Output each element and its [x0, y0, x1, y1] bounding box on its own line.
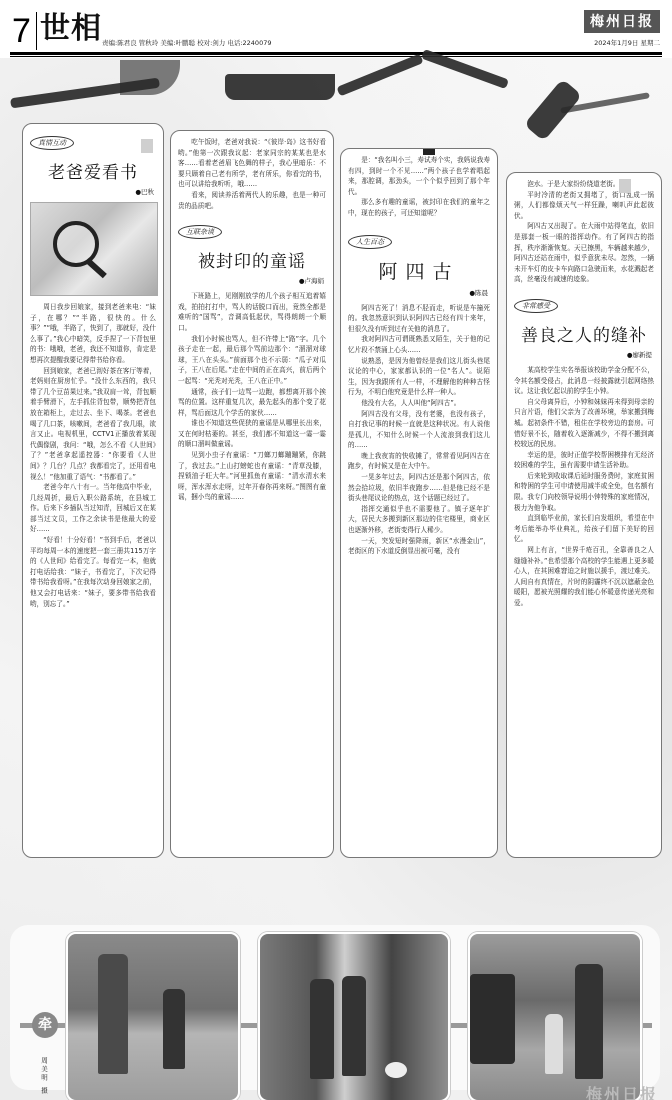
masthead-divider: [36, 12, 37, 50]
paragraph: 阿四古没有父母，没有老婆，也没有孩子，自打我记事的时候一直就是这种状况。有人说他…: [348, 409, 490, 451]
article-continuation: 泡水。于是大家纷纷绕道老街。 平时冷清的老街又拥堵了，街口乱成一锅粥，人们都像烦…: [514, 179, 654, 285]
paragraph: 那么多有趣的童谣，被封印在我们的童年之中，现在的孩子，可还知道呢？: [348, 197, 490, 218]
paragraph: 见到小虫子有童谣：“刀螂刀螂蹦蹦紧，你跳了，我过去。”上山打螃蛇也有童谣：“青草…: [178, 450, 326, 503]
dog-silhouette: [385, 1062, 407, 1078]
article-title: 老爸爱看书: [30, 158, 156, 183]
article-continuation: 吃午饭时，老爸对我说：“《彼岸·岛》这书好看哟。”他第一次跟我议起：老家同宗的某…: [178, 137, 326, 211]
masthead-rule: [10, 52, 662, 55]
paragraph: 平时冷清的老街又拥堵了，街口乱成一锅粥，人们都像烦天气一样狂躁，喇叭声此起彼伏。: [514, 190, 654, 222]
paragraph: 网上有言，“世界千疮百孔，全靠善良之人缝缝补补。”也希望那个高校的学生能遇上更多…: [514, 545, 654, 609]
person-silhouette: [310, 979, 334, 1079]
paragraph: 通常，孩子们一边骂一边跑，都想离开那个挨骂的位置。这样重复几次，最先起头的那个变…: [178, 387, 326, 419]
article-body: 某高校学生实名举报该校助学金分配不公，令其名额受侵占，此消息一经披露就引起网络热…: [514, 365, 654, 609]
article-continuation: 是：“我名叫小三，寿试寿个实，我妈说我寿有四，到时一个不见……”两个孩子也学着唱…: [348, 155, 490, 219]
section-title: 世相: [40, 12, 102, 46]
photo-feature-title: 牵: [32, 1012, 58, 1038]
paragraph: 我们小时候也骂人，但不许带上“路”字。几个孩子走在一起，最后那个骂前边那个：“溜…: [178, 334, 326, 387]
photo-credit: 周美明 摄: [40, 1057, 49, 1095]
paragraph: “好看！十分好看！”书到手后，老爸以平均每周一本的速度把一套三册共115万字的《…: [30, 535, 156, 609]
magnifier-handle: [85, 258, 107, 279]
column-tag: 互联杂谈: [178, 225, 222, 239]
paragraph: 老爸今年八十有一。当年他高中毕业，几经周折，最后入职公路系统，在县城工作。后来下…: [30, 482, 156, 535]
paragraph: 后来轮到收取课后延时服务费时，家庭贫困和特困的学生可申请使用减半或全免，包名额有…: [514, 471, 654, 513]
paragraph: 泡水。于是大家纷纷绕道老街。: [514, 179, 654, 190]
child-silhouette: [545, 1014, 563, 1074]
article-body: 下班路上，见刚刚放学的几个孩子相互追着嬉戏，拍拍打打中，骂人的话脱口而出，竟然全…: [178, 291, 326, 503]
paragraph: 说熟悉，是因为他曾经是我们这儿街头巷尾议论的中心，家家都认识的一位“名人”。说陌…: [348, 356, 490, 398]
paragraph: 周日我步回娘家，接到老爸来电：“妹子，在哪？”“半路，很快的。什么事？”“哦，半…: [30, 302, 156, 366]
feature-photo-1: [66, 932, 240, 1100]
roof-brush-decoration: [225, 74, 335, 100]
article-author: ●廖新提: [514, 350, 652, 359]
masthead-rule-thin: [10, 56, 662, 57]
column-tag: 人生百态: [348, 235, 392, 249]
column-tag: 非常感受: [514, 299, 558, 313]
paragraph: 看来，阅读养活着两代人的乐趣，也是一种可贵的品质吧。: [178, 190, 326, 211]
paragraph: 他没有大名，人人叫他“阿四古”。: [348, 398, 490, 409]
article-column-4: 泡水。于是大家纷纷绕道老街。 平时冷清的老街又拥堵了，街口乱成一锅粥，人们都像烦…: [506, 172, 662, 858]
article-author: ●巴秋: [30, 187, 154, 196]
person-silhouette: [575, 964, 603, 1079]
editor-credits: 责编:陈君良 管秋玲 美编:叶鹏聪 校对:剑力 电话:2240079: [102, 38, 271, 47]
column-tag: 真情互动: [30, 136, 74, 150]
paragraph: 一天，突发短时强降雨，新区“水漫金山”，老街区的下水道反倒显出被可毫，没有: [348, 536, 490, 557]
article-body: 周日我步回娘家，接到老爸来电：“妹子，在哪？”“半路，很快的。什么事？”“哦，半…: [30, 302, 156, 609]
article-title: 阿四古: [348, 257, 490, 284]
decorative-square: [423, 148, 435, 155]
person-silhouette: [342, 976, 366, 1076]
paragraph: 一晃多年过去，阿四古还是那个阿四古，依然会拾垃圾，依旧半夜跑步……但是他已经不是…: [348, 472, 490, 504]
paragraph: 某高校学生实名举报该校助学金分配不公，令其名额受侵占，此消息一经披露就引起网络热…: [514, 365, 654, 397]
article-column-3: 是：“我名叫小三，寿试寿个实，我妈说我寿有四，到时一个不见……”两个孩子也学着唱…: [340, 148, 498, 858]
article-author: ●陈晨: [348, 288, 488, 297]
issue-date: 2024年1月9日 星期二: [594, 38, 660, 47]
paragraph: 谁也不知道这些促狭的童谣是从哪里长出来，又在何时枯萎的。甚至，我们都不知道这一霎…: [178, 418, 326, 450]
paragraph: 幸运的是，彼时正值学校帮困模排有无经济较困难的学生，虽有需要申请生活补助。: [514, 450, 654, 471]
paragraph: 是：“我名叫小三，寿试寿个实，我妈说我寿有四，到时一个不见……”两个孩子也学着唱…: [348, 155, 490, 197]
masthead: 7 世相 责编:陈君良 管秋玲 美编:叶鹏聪 校对:剑力 电话:2240079 …: [0, 0, 672, 58]
child-silhouette: [163, 989, 185, 1069]
article-column-2: 吃午饭时，老爸对我说：“《彼岸·岛》这书好看哟。”他第一次跟我议起：老家同宗的某…: [170, 130, 334, 858]
paragraph: 指挥交通似乎也不需要他了。镇子逐年扩大，居民大多搬到新区那边的住宅楼里，商业区也…: [348, 504, 490, 536]
paragraph: 下班路上，见刚刚放学的几个孩子相互追着嬉戏，拍拍打打中，骂人的话脱口而出，竟然全…: [178, 291, 326, 333]
article-author: ●卢海娟: [178, 276, 324, 285]
car-silhouette: [470, 974, 515, 1064]
paragraph: 吃午饭时，老爸对我说：“《彼岸·岛》这书好看哟。”他第一次跟我议起：老家同宗的某…: [178, 137, 326, 190]
newspaper-watermark: 梅州日报: [586, 1082, 658, 1100]
person-silhouette: [98, 954, 128, 1074]
paragraph: 回到娘家，老爸已沏好茶在客厅等着，老妈则在厨房忙乎。“没什么东西的，我只带了几个…: [30, 366, 156, 483]
decorative-square: [619, 179, 631, 193]
paragraph: 自父母离异后，小钟和妹妹再未得到母亲的只言片语，他们父亲为了改善环境，举家搬到梅…: [514, 397, 654, 450]
paragraph: 晚上我夜宵的快收摊了，常常看见阿四古在跑步，有时候又是在大中午。: [348, 451, 490, 472]
paragraph: 我对阿四古可谓既熟悉又陌生，关于他的记忆片段不禁涌上心头……: [348, 334, 490, 355]
feature-photo-3: [468, 932, 642, 1100]
magnifier-book-photo: [30, 202, 158, 296]
paragraph: 阿四古死了！消息不胫而走，听说是车撞死的。我忽然意识到认识阿四古已经有四十来年，…: [348, 303, 490, 335]
page-number: 7: [12, 14, 31, 48]
article-body: 阿四古死了！消息不胫而走，听说是车撞死的。我忽然意识到认识阿四古已经有四十来年，…: [348, 303, 490, 557]
article-column-1: 真情互动 老爸爱看书 ●巴秋 周日我步回娘家，接到老爸来电：“妹子，在哪？”“半…: [22, 123, 164, 858]
article-title: 善良之人的缝补: [514, 321, 654, 346]
decorative-square: [141, 139, 153, 153]
feature-photo-2: [258, 932, 450, 1100]
paragraph: 直到临毕业前，家长们自发组织，希望在中考后能举办毕业典礼，给孩子们留下美好的回忆…: [514, 513, 654, 545]
article-title: 被封印的童谣: [178, 247, 326, 272]
paragraph: 阿四古又出现了。在大雨中站得笔直，依旧是那套一板一眼的指挥动作。有了阿四古的指挥…: [514, 221, 654, 285]
newspaper-logo: 梅州日报: [584, 10, 660, 33]
